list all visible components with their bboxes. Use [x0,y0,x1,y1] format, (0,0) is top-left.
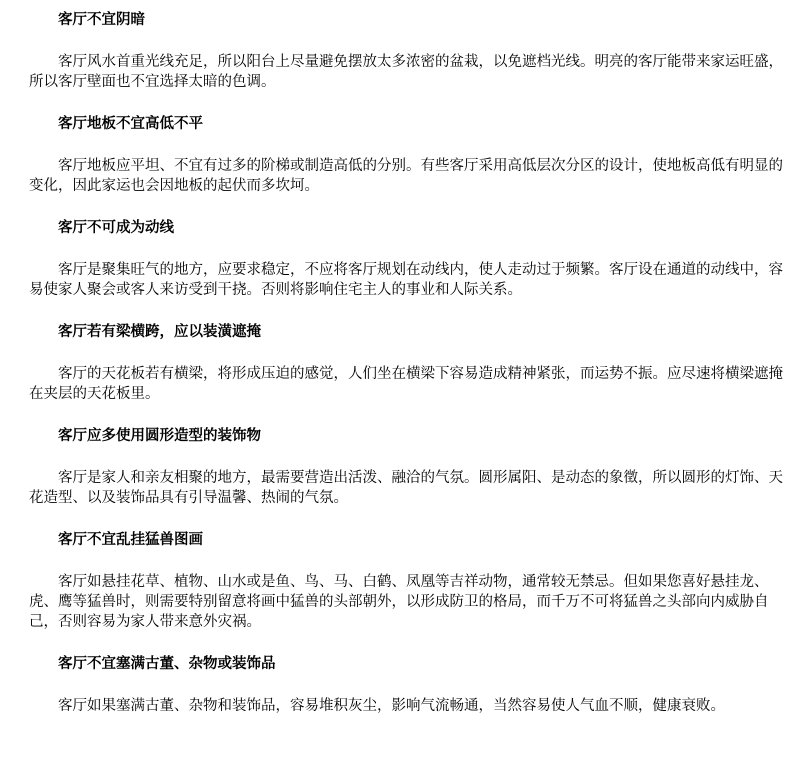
section-clutter-antiques: 客厅不宜塞满古董、杂物或装饰品 客厅如果塞满古董、杂物和装饰品，容易堆积灰尘，影… [29,654,793,716]
section-crossing-beam: 客厅若有梁横跨，应以装潢遮掩 客厅的天花板若有横梁，将形成压迫的感觉，人们坐在横… [29,322,793,404]
section-heading: 客厅不宜塞满古董、杂物或装饰品 [29,654,793,674]
section-paragraph: 客厅如果塞满古董、杂物和装饰品，容易堆积灰尘，影响气流畅通，当然容易使人气血不顺… [29,696,793,716]
section-paragraph: 客厅如悬挂花草、植物、山水或是鱼、鸟、马、白鹤、凤凰等吉祥动物，通常较无禁忌。但… [29,572,793,632]
section-living-room-darkness: 客厅不宜阴暗 客厅风水首重光线充足，所以阳台上尽量避免摆放太多浓密的盆栽，以免遮… [29,10,793,92]
section-paragraph: 客厅风水首重光线充足，所以阳台上尽量避免摆放太多浓密的盆栽，以免遮档光线。明亮的… [29,52,793,92]
section-round-decorations: 客厅应多使用圆形造型的装饰物 客厅是家人和亲友相聚的地方，最需要营造出活泼、融洽… [29,426,793,508]
section-paragraph: 客厅是聚集旺气的地方，应要求稳定，不应将客厅规划在动线内，使人走动过于频繁。客厅… [29,260,793,300]
section-paragraph: 客厅的天花板若有横梁，将形成压迫的感觉，人们坐在横梁下容易造成精神紧张，而运势不… [29,364,793,404]
section-heading: 客厅不宜乱挂猛兽图画 [29,530,793,550]
section-paragraph: 客厅是家人和亲友相聚的地方，最需要营造出活泼、融洽的气氛。圆形属阳、是动态的象徵… [29,468,793,508]
section-paragraph: 客厅地板应平坦、不宜有过多的阶梯或制造高低的分别。有些客厅采用高低层次分区的设计… [29,156,793,196]
section-beast-paintings: 客厅不宜乱挂猛兽图画 客厅如悬挂花草、植物、山水或是鱼、鸟、马、白鹤、凤凰等吉祥… [29,530,793,632]
section-heading: 客厅地板不宜高低不平 [29,114,793,134]
section-traffic-line: 客厅不可成为动线 客厅是聚集旺气的地方，应要求稳定，不应将客厅规划在动线内，使人… [29,218,793,300]
section-heading: 客厅不可成为动线 [29,218,793,238]
section-heading: 客厅不宜阴暗 [29,10,793,30]
section-floor-unevenness: 客厅地板不宜高低不平 客厅地板应平坦、不宜有过多的阶梯或制造高低的分别。有些客厅… [29,114,793,196]
section-heading: 客厅若有梁横跨，应以装潢遮掩 [29,322,793,342]
document-body: 客厅不宜阴暗 客厅风水首重光线充足，所以阳台上尽量避免摆放太多浓密的盆栽，以免遮… [0,10,802,762]
section-heading: 客厅应多使用圆形造型的装饰物 [29,426,793,446]
